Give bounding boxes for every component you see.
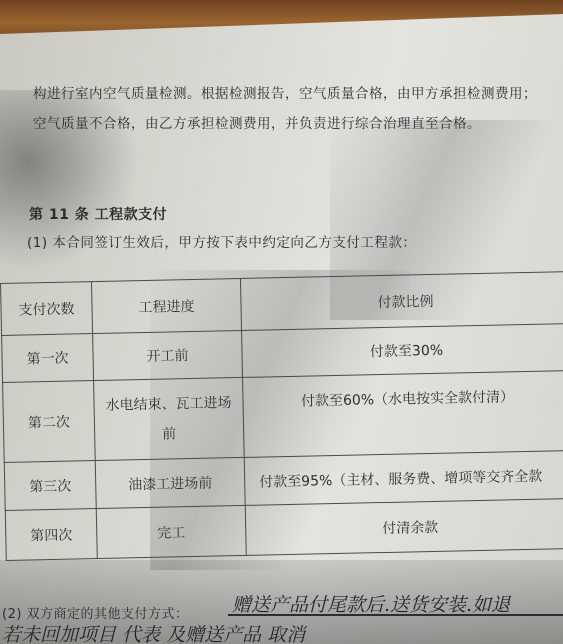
cell-installment: 第四次 (5, 509, 97, 561)
cell-progress: 油漆工进场前 (95, 457, 245, 508)
fill-in-underline (228, 614, 563, 616)
cell-installment: 第一次 (2, 334, 94, 383)
header-ratio: 付款比例 (240, 272, 563, 331)
payment-schedule-table: 支付次数 工程进度 付款比例 第一次 开工前 付款至30% 第二次 水电结束、瓦… (0, 271, 563, 561)
paragraph-line-1: 构进行室内空气质量检测。根据检测报告，空气质量合格，由甲方承担检测费用； (33, 82, 537, 102)
cell-installment: 第二次 (3, 381, 96, 463)
header-progress: 工程进度 (91, 278, 241, 333)
section-heading: 第 11 条 工程款支付 (29, 204, 167, 224)
cell-progress: 开工前 (93, 330, 243, 380)
cell-installment: 第三次 (4, 461, 96, 511)
cell-ratio: 付款至95%（主材、服务费、增项等交齐全款 (244, 451, 563, 506)
contract-page: 构进行室内空气质量检测。根据检测报告，空气质量合格，由甲方承担检测费用； 空气质… (0, 0, 563, 644)
table-row: 第四次 完工 付清余款 (5, 499, 563, 561)
cell-progress: 完工 (96, 505, 246, 558)
cell-ratio: 付清余款 (245, 499, 563, 556)
cell-progress: 水电结束、瓦工进场前 (94, 377, 245, 460)
header-installment: 支付次数 (1, 282, 93, 336)
cell-ratio: 付款至30% (242, 324, 563, 378)
handwritten-note-line-2: 若未回加项目 代表 及赠送产品 取消 (2, 620, 305, 644)
table-row: 第二次 水电结束、瓦工进场前 付款至60%（水电按实全款付清） (3, 371, 563, 463)
handwritten-note-line-1: 赠送产品付尾款后.送货安装.如退 (232, 590, 510, 617)
cell-ratio: 付款至60%（水电按实全款付清） (243, 371, 563, 458)
clause-1-text: (1) 本合同签订生效后，甲方按下表中约定向乙方支付工程款： (27, 231, 416, 251)
paragraph-line-2: 空气质量不合格，由乙方承担检测费用，并负责进行综合治理直至合格。 (33, 112, 481, 132)
